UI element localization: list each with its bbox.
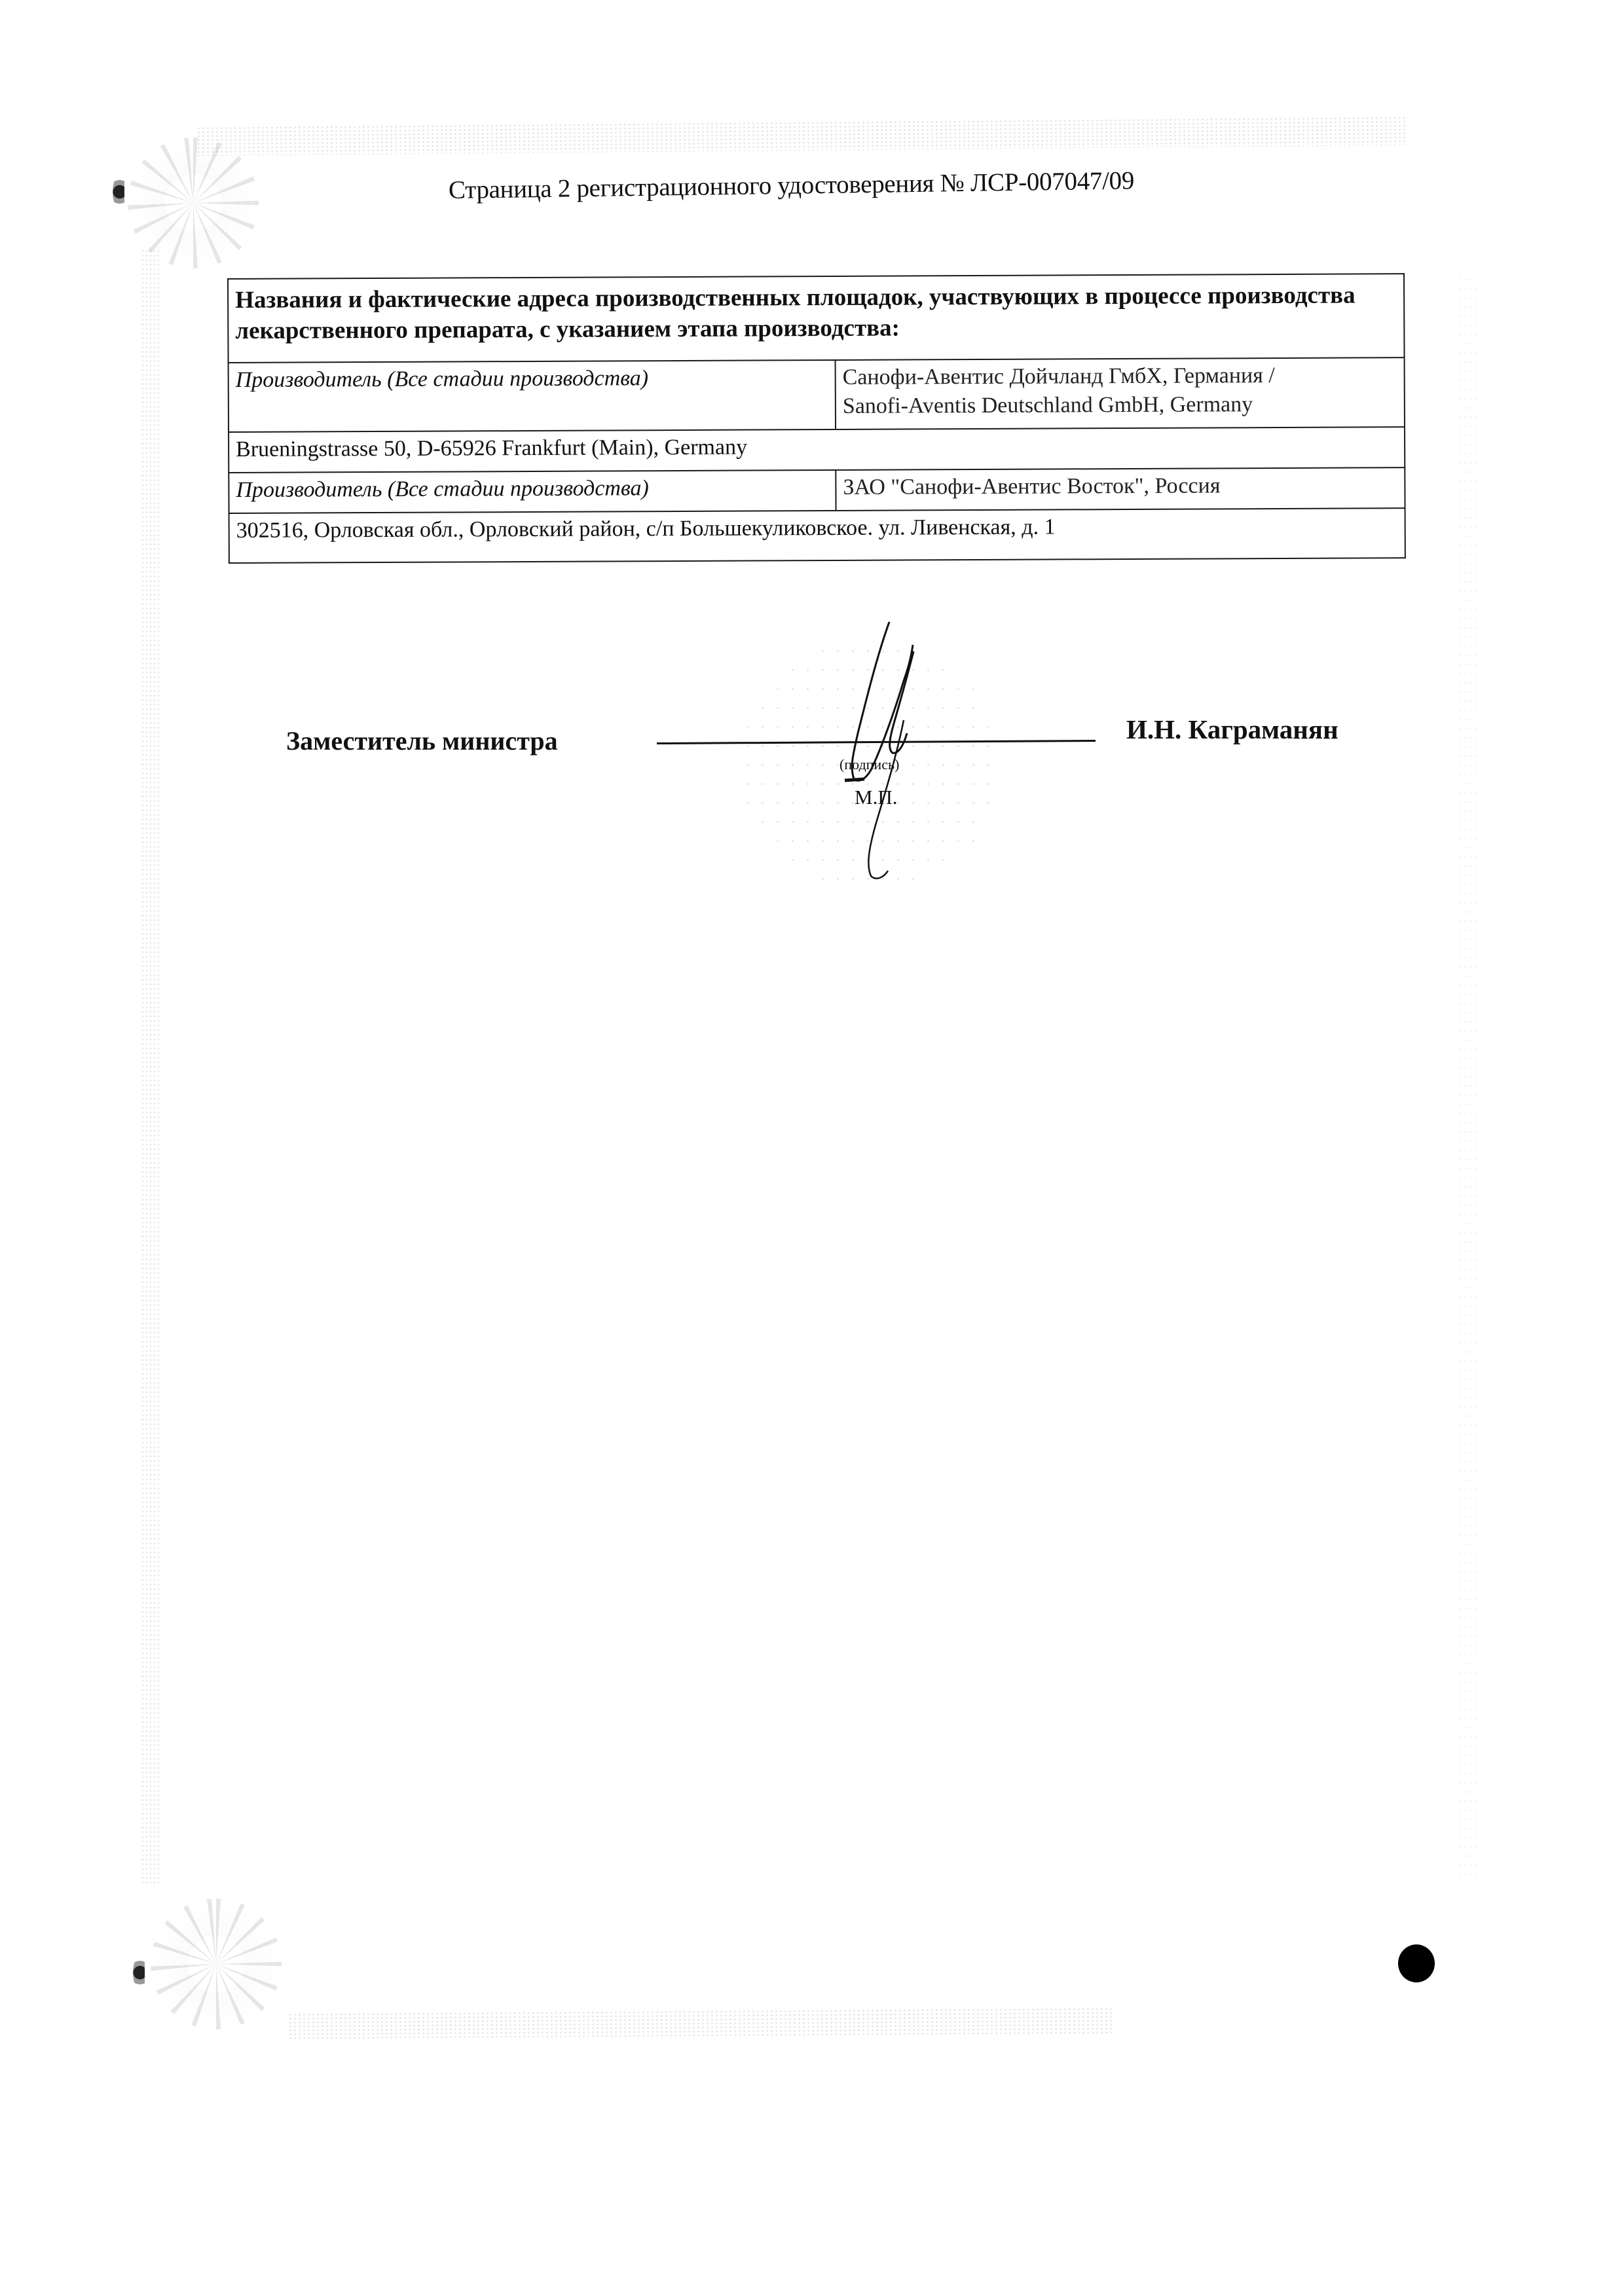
signature-caption: (подпись) (840, 756, 899, 773)
hole-punch-dot-icon (1398, 1944, 1435, 1982)
manufacturer-address: 302516, Орловская обл., Орловский район,… (229, 508, 1405, 563)
table-heading: Названия и фактические адреса производст… (228, 274, 1405, 363)
stamp-impression-icon (740, 642, 1002, 890)
manufacturer-address: Brueningstrasse 50, D-65926 Frankfurt (M… (229, 427, 1405, 473)
manufacturer-name-ru: Санофи-Авентис Дойчланд ГмбХ, Германия / (843, 361, 1397, 392)
seal-label: М.П. (855, 786, 897, 809)
manufacturer-name-en: Sanofi-Aventis Deutschland GmbH, Germany (843, 390, 1397, 420)
table-row: Производитель (Все стадии производства) … (229, 467, 1405, 513)
decorative-border-top (196, 116, 1408, 156)
decorative-border-bottom (288, 2007, 1113, 2039)
signer-position: Заместитель министра (286, 725, 558, 756)
rosette-ornament-icon (128, 137, 259, 268)
decorative-border-right (1457, 275, 1477, 1879)
manufacturer-name: Санофи-Авентис Дойчланд ГмбХ, Германия /… (836, 357, 1405, 429)
production-sites-table: Названия и фактические адреса производст… (227, 273, 1406, 564)
manufacturer-role: Производитель (Все стадии производства) (229, 470, 836, 513)
table-row: Brueningstrasse 50, D-65926 Frankfurt (M… (229, 427, 1405, 473)
table-heading-row: Названия и фактические адреса производст… (228, 274, 1405, 363)
table-row: Производитель (Все стадии производства) … (229, 357, 1405, 432)
page-title: Страница 2 регистрационного удостоверени… (449, 166, 1135, 205)
signature-line (657, 740, 1096, 744)
signer-name: И.Н. Каграманян (1126, 714, 1338, 745)
corner-mark-icon (113, 177, 124, 207)
handwritten-signature-icon (773, 615, 989, 890)
manufacturer-name: ЗАО "Санофи-Авентис Восток", Россия (836, 467, 1405, 511)
rosette-ornament-icon (151, 1899, 282, 2030)
manufacturer-role: Производитель (Все стадии производства) (229, 360, 836, 432)
table-row: 302516, Орловская обл., Орловский район,… (229, 508, 1405, 563)
decorative-border-left (141, 249, 160, 1886)
corner-mark-icon (133, 1958, 145, 1988)
